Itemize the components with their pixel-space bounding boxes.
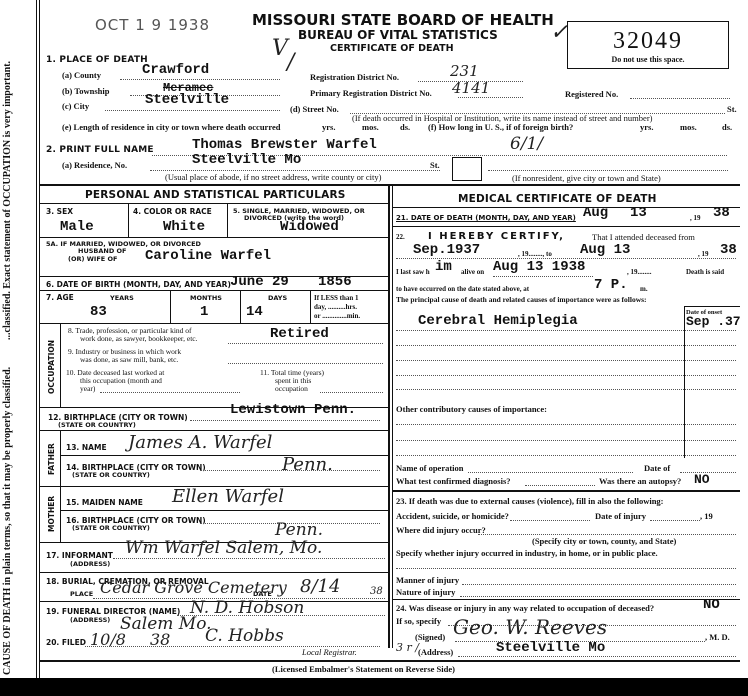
burial-date-label: DATE [253,590,272,598]
injury-specify-line [396,568,736,569]
physician-signature: Geo. W. Reeves [453,615,607,639]
birthplace-label-2: (STATE OR COUNTRY) [58,421,136,429]
residence-label: (a) Residence, No. [62,160,127,170]
personal-heading-rule [40,203,388,204]
cause-line-5 [396,389,736,390]
full-name-value: Thomas Brewster Warfel [192,137,377,153]
time-m: m. [640,285,648,293]
row-rule-12 [40,430,388,431]
place-of-death-heading: 1. PLACE OF DEATH [46,55,148,65]
mother-side-divider [60,486,61,542]
bottom-rule [40,660,740,662]
injury-where-line [478,534,736,535]
mother-side-label: MOTHER [47,490,56,538]
filed-date-value: 10/8 [90,630,126,649]
occupation-related-label: 24. Was disease or injury in any way rel… [396,603,654,613]
row-rule-6 [40,290,388,291]
principal-cause-label: The principal cause of death and related… [396,295,647,304]
test-label: What test confirmed diagnosis? [396,476,511,486]
less-or-label: or ..............min. [314,312,360,320]
section-divider-top [40,184,740,186]
registration-district-label: Registration District No. [310,72,399,82]
row-rule-23 [392,599,740,600]
county-value: Crawford [142,62,209,78]
less-than-label: If LESS than 1 [314,294,359,302]
md-label: , M. D. [705,632,730,642]
injury-where-label: Where did injury occur? [396,525,486,535]
injury-specify-label: Specify whether injury occurred in indus… [396,548,658,558]
certificate-title: CERTIFICATE OF DEATH [330,43,454,54]
occupation-side-label: OCCUPATION [47,328,56,406]
injury-date-line [650,520,700,521]
column-divider-inner [392,186,393,648]
contributory-line-3 [396,455,736,456]
autopsy-value: NO [694,472,710,487]
trade-value: Retired [270,326,329,342]
occurred-text: to have occurred on the date stated abov… [396,285,529,293]
attended-year-value: 38 [720,242,737,258]
dob-year: 1856 [318,274,352,290]
operation-line [468,472,633,473]
last-saw-label: I last saw h [396,268,430,276]
burial-year-value: 38 [370,586,383,597]
spouse-label-3: (OR) WIFE OF [68,255,117,263]
age-years-value: 83 [90,304,107,320]
nonresident-line [488,170,728,171]
autopsy-label: Was there an autopsy? [599,476,681,486]
attended-19b: , 19 [698,250,709,258]
certify-heading: I HEREBY CERTIFY, [428,231,565,242]
abode-note: (Usual place of abode, if no street addr… [165,172,381,182]
certify-number: 22. [396,233,405,241]
days-label: DAYS [268,294,287,302]
birthplace-value: Lewistown Penn. [230,402,356,418]
row-rule-7 [40,323,388,324]
registered-no-line [630,98,730,99]
dob-month-day: June 29 [230,274,289,290]
father-side-divider [60,430,61,486]
city-value: Steelville [145,92,229,108]
father-side-label: FATHER [47,435,56,483]
residence-length-label: (e) Length of residence in city or town … [62,122,280,132]
contributory-line-1 [396,424,736,425]
medical-heading-rule [392,207,740,208]
primary-district-line [458,97,523,98]
years-label: YEARS [110,294,134,302]
street-suffix: St. [727,104,737,114]
cause-line-3 [396,360,736,361]
row-rule-3 [40,237,388,238]
spouse-value: Caroline Warfel [145,248,271,264]
injury-date-label: Date of injury [595,511,646,521]
manner-label: Manner of injury [396,575,459,585]
scan-edge-bar [0,678,748,696]
less-day-label: day, ..........hrs. [314,303,357,311]
spouse-label-2: HUSBAND OF [78,247,126,255]
dod-19: , 19 [690,214,701,222]
industry-label-2: was done, as saw mill, bank, etc. [80,355,178,364]
last-saw-pronoun: im [435,259,452,275]
foreign-label: (f) How long in U. S., if of foreign bir… [428,122,573,132]
trade-line [228,343,383,344]
onset-column-divider [684,306,685,406]
handwritten-margin-mark: 6/1/ [510,134,543,154]
registered-no-label: Registered No. [565,89,618,99]
last-saw-line [493,276,593,277]
form-title: MISSOURI STATE BOARD OF HEALTH [252,11,554,29]
mother-birth-label-2: (STATE OR COUNTRY) [72,524,150,532]
dob-label: 6. DATE OF BIRTH (MONTH, DAY, AND YEAR) [46,280,231,289]
cause-line-1 [396,330,736,331]
foreign-ds: ds. [722,122,732,132]
file-box-note: Do not use this space. [568,55,728,64]
contributory-onset-divider [684,406,685,458]
mother-name-value: Ellen Warfel [172,486,284,507]
nature-line [460,596,736,597]
residence-yrs: yrs. [322,122,335,132]
burial-date-value: 8/14 [300,576,340,597]
city-line [105,110,280,111]
death-said-label: Death is said [686,268,724,276]
occupation-side-divider [60,323,61,407]
test-line [525,485,595,486]
embalmer-note: (Licensed Embalmer's Statement on Revers… [272,664,455,674]
occupation-related-value: NO [703,597,720,613]
primary-district-label: Primary Registration District No. [310,88,432,98]
father-birth-value: Penn. [282,454,333,475]
file-number-box: 32049 Do not use this space. [567,21,729,69]
address-line [458,656,736,657]
age-label: 7. AGE [46,293,74,302]
informant-label-2: (ADDRESS) [70,560,110,568]
check-mark-icon: ✓ [550,20,568,45]
age-divider-2 [240,290,241,323]
sex-race-divider [128,203,129,237]
registrar-signature: C. Hobbs [205,626,284,646]
time-value: 7 P. [594,277,628,293]
left-border [36,0,37,680]
operation-date-label: Date of [644,463,670,473]
signed-label: (Signed) [415,632,445,642]
director-label-2: (ADDRESS) [70,616,110,624]
total-time-line [320,392,383,393]
registration-district-value: 231 [450,62,479,80]
onset-value: Sep .37 [686,314,741,329]
last-worked-label-3: year) [80,384,95,393]
race-marital-divider [227,203,228,237]
informant-value: Wm Warfel Salem, Mo. [125,538,322,558]
cause-line-4 [396,375,736,376]
if-so-label: If so, specify [396,616,441,626]
filed-label: 20. FILED [46,638,86,647]
township-label: (b) Township [62,86,110,96]
margin-note-cause: CAUSE OF DEATH in plain terms, so that i… [2,340,13,675]
accident-line [510,520,590,521]
primary-district-value: 4141 [452,79,490,97]
age-divider-1 [170,290,171,323]
dod-year-value: 38 [713,205,730,221]
operation-label: Name of operation [396,463,464,473]
street-label: (d) Street No. [290,104,339,114]
certify-text: That I attended deceased from [592,232,695,242]
father-name-value: James A. Warfel [128,432,272,453]
marital-value: Widowed [280,219,339,235]
accident-label: Accident, suicide, or homicide? [396,511,509,521]
medical-heading: MEDICAL CERTIFICATE OF DEATH [458,193,657,205]
row-rule-17 [40,572,388,573]
handwritten-mark-v: V [272,36,288,61]
foreign-mos: mos. [680,122,697,132]
principal-cause-value: Cerebral Hemiplegia [418,313,578,329]
father-birth-label-2: (STATE OR COUNTRY) [72,471,150,479]
birthplace-line [190,420,380,421]
bureau-title: BUREAU OF VITAL STATISTICS [298,28,498,42]
nonresident-note: (If nonresident, give city or town and S… [512,173,661,183]
last-worked-line [100,392,240,393]
informant-line [113,558,385,559]
father-name-rule [60,455,388,456]
mother-name-label: 15. MAIDEN NAME [66,498,143,507]
burial-place-label: PLACE [70,590,93,598]
total-time-label-3: occupation [275,384,308,393]
residence-st-label: St. [430,160,440,170]
sex-label: 3. SEX [46,207,73,216]
personal-heading: PERSONAL AND STATISTICAL PARTICULARS [85,189,346,201]
dod-month-value: Aug [583,205,608,221]
address-label: (Address) [418,647,453,657]
age-months-value: 1 [200,304,208,320]
received-stamp: OCT 1 9 1938 [95,16,210,34]
nature-label: Nature of injury [396,587,455,597]
alive-on-label: alive on [461,268,484,276]
injury-19: , 19 [700,511,713,521]
address-value: Steelville Mo [496,640,605,656]
file-number: 32049 [568,28,728,55]
column-divider [388,186,390,648]
contributory-label: Other contributory causes of importance: [396,404,547,414]
father-name-label: 13. NAME [66,443,107,452]
external-label: 23. If death was due to external causes … [396,496,664,506]
race-label: 4. COLOR OR RACE [133,207,212,216]
residence-box [452,157,482,181]
residence-ds: ds. [400,122,410,132]
industry-line [228,363,383,364]
mother-name-rule [60,510,388,511]
full-name-label: 2. PRINT FULL NAME [46,145,154,155]
city-label: (c) City [62,101,89,111]
race-value: White [163,219,205,235]
handwritten-mark-1: / [287,50,294,75]
attended-to-value: Aug 13 [580,242,630,258]
injury-where-note: (Specify city or town, county, and State… [532,536,676,546]
age-days-value: 14 [246,304,263,320]
months-label: MONTHS [190,294,222,302]
attended-19-to: , 19........, to [518,250,552,258]
manner-line [462,584,736,585]
filed-year-value: 38 [150,630,170,649]
attended-from-value: Sep.1937 [413,242,480,258]
trade-label-2: work done, as sawyer, bookkeeper, etc. [80,334,197,343]
margin-note-occupation: ...classified. Exact statement of OCCUPA… [2,10,13,340]
last-saw-date: Aug 13 1938 [493,259,585,275]
row-rule-autopsy [392,490,740,492]
residence-value: Steelville Mo [192,152,301,168]
sex-value: Male [60,219,94,235]
county-line [120,79,280,80]
mother-birth-value: Penn. [275,520,323,540]
residence-mos: mos. [362,122,379,132]
left-border-inner [39,0,40,680]
onset-column-top [684,306,740,307]
dod-label: 21. DATE OF DEATH (MONTH, DAY, AND YEAR) [396,214,576,222]
cause-line-2 [396,345,736,346]
dod-day-value: 13 [630,205,647,221]
informant-label-1: 17. INFORMANT [46,551,113,560]
foreign-yrs: yrs. [640,122,653,132]
last-saw-19: , 19........ [627,268,652,276]
row-rule-21 [392,226,740,227]
contributory-line-2 [396,440,736,441]
county-label: (a) County [62,70,101,80]
registrar-label: Local Registrar. [302,647,357,657]
age-divider-3 [310,290,311,323]
address-mark: 3 r / [396,641,419,654]
residence-line [150,170,440,171]
